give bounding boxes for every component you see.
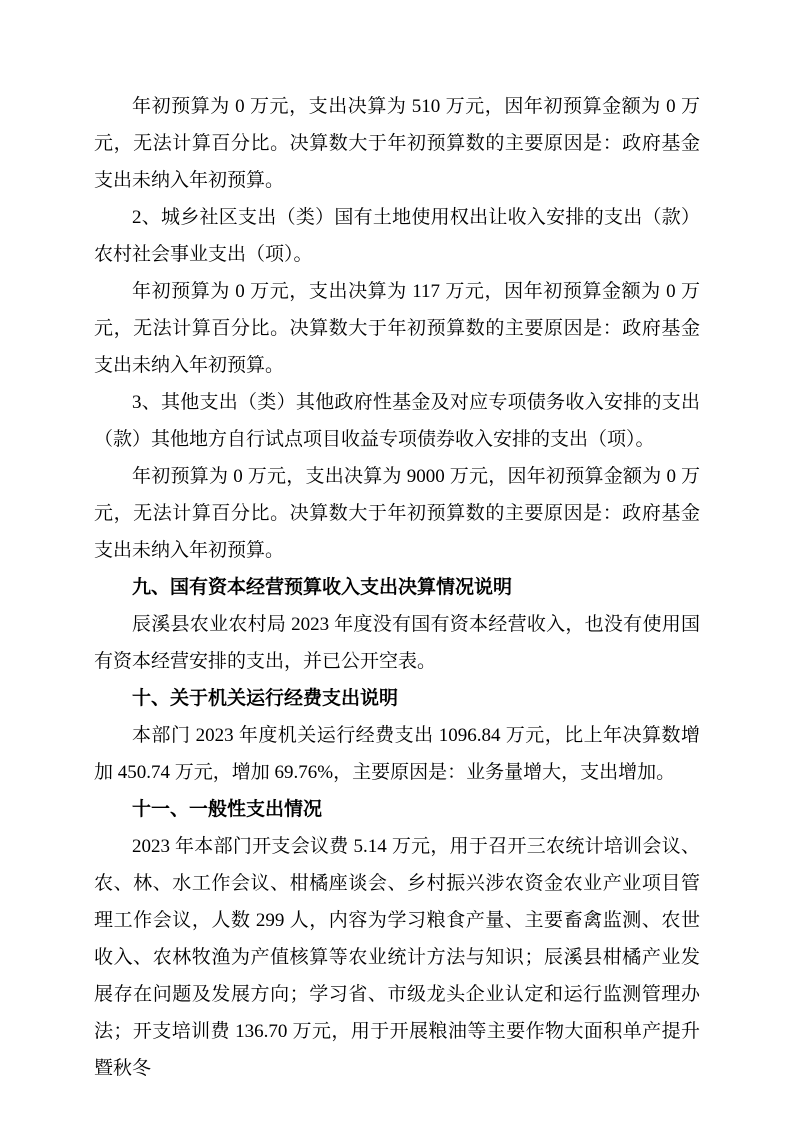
section-heading: 十、关于机关运行经费支出说明 xyxy=(94,680,700,717)
body-paragraph: 3、其他支出（类）其他政府性基金及对应专项债务收入安排的支出（款）其他地方自行试… xyxy=(94,384,700,458)
body-paragraph: 2023 年本部门开支会议费 5.14 万元，用于召开三农统计培训会议、农、林、… xyxy=(94,828,700,1087)
body-paragraph: 2、城乡社区支出（类）国有土地使用权出让收入安排的支出（款）农村社会事业支出（项… xyxy=(94,199,700,273)
document-page: 年初预算为 0 万元，支出决算为 510 万元，因年初预算金额为 0 万元，无法… xyxy=(0,0,793,1122)
section-heading: 十一、一般性支出情况 xyxy=(94,791,700,828)
section-heading: 九、国有资本经营预算收入支出决算情况说明 xyxy=(94,569,700,606)
body-paragraph: 本部门 2023 年度机关运行经费支出 1096.84 万元，比上年决算数增加 … xyxy=(94,717,700,791)
body-paragraph: 年初预算为 0 万元，支出决算为 510 万元，因年初预算金额为 0 万元，无法… xyxy=(94,88,700,199)
body-paragraph: 年初预算为 0 万元，支出决算为 117 万元，因年初预算金额为 0 万元，无法… xyxy=(94,273,700,384)
body-paragraph: 年初预算为 0 万元，支出决算为 9000 万元，因年初预算金额为 0 万元，无… xyxy=(94,458,700,569)
body-paragraph: 辰溪县农业农村局 2023 年度没有国有资本经营收入，也没有使用国有资本经营安排… xyxy=(94,606,700,680)
